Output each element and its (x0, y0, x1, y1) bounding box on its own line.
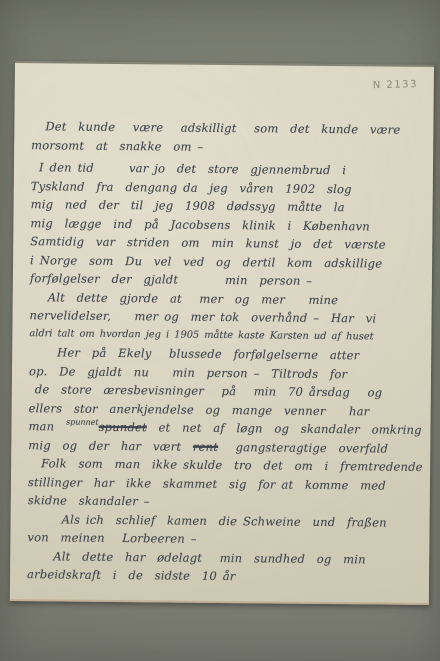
catalog-number: N 2133 (373, 79, 418, 91)
handwritten-text: gangsteragtige overfald (218, 439, 388, 455)
handwritten-text: aldri talt om hvordan jeg i 1905 måtte k… (29, 328, 373, 342)
handwritten-text: man (28, 419, 66, 433)
struck-word: rent (193, 439, 218, 453)
handwritten-text: Samtidig var striden om min kunst jo det… (30, 234, 386, 251)
struck-word: spundet (99, 420, 147, 434)
handwritten-text: forfølgelser der gjaldt min person – (30, 271, 312, 288)
handwritten-text: Folk som man ikke skulde tro det om i fr… (41, 456, 423, 474)
handwritten-text: I den tid var jo det store gjennembrud i (39, 160, 346, 177)
handwritten-text: de store æresbevisninger på min 70 årsda… (35, 382, 383, 399)
handwritten-text: i Norge som Du vel ved og dertil kom ads… (30, 253, 382, 270)
handwritten-text: von meinen Lorbeeren – (27, 530, 196, 546)
handwritten-text: Alt dette gjorde at mer og mer mine (48, 290, 339, 307)
handwritten-text: Alt dette har ødelagt min sundhed og min (53, 549, 366, 566)
handwritten-text: skidne skandaler – (28, 493, 150, 508)
handwritten-text: nervelidelser, mer og mer tok overhånd –… (29, 308, 376, 325)
manuscript-paper: N 2133 Det kunde være adskilligt som det… (10, 61, 434, 605)
handwritten-text: Tyskland fra dengang da jeg våren 1902 s… (31, 179, 352, 196)
handwritten-text: stillinger har ikke skammet sig for at k… (28, 475, 386, 492)
manuscript-line: arbeidskraft i de sidste 10 år (27, 565, 427, 587)
handwritten-text: ellers stor anerkjendelse og mange venne… (29, 401, 370, 418)
handwritten-text: mig lægge ind på Jacobsens klinik i Købe… (30, 216, 370, 233)
handwritten-text: mig ned der til jeg 1908 dødssyg måtte l… (31, 197, 345, 214)
photo-background: N 2133 Det kunde være adskilligt som det… (0, 0, 440, 661)
inserted-word: spunnet (66, 418, 99, 427)
handwritten-text: mig og der har vært (28, 438, 193, 454)
handwritten-text: et net af løgn og skandaler omkring (147, 420, 422, 437)
handwritten-text: Als ich schlief kamen die Schweine und f… (62, 512, 387, 529)
handwritten-text: morsomt at snakke om – (31, 138, 203, 154)
handwritten-text: Det kunde være adskilligt som det kunde … (45, 119, 400, 136)
handwritten-text: arbeidskraft i de sidste 10 år (27, 567, 236, 583)
handwritten-text: op. De gjaldt nu min person – Tiltrods f… (29, 364, 347, 381)
manuscript-line: morsomt at snakke om – (31, 136, 431, 158)
handwritten-text: Her på Ekely blussede forfølgelserne att… (57, 345, 359, 362)
manuscript-text: Det kunde være adskilligt som det kunde … (27, 117, 432, 599)
